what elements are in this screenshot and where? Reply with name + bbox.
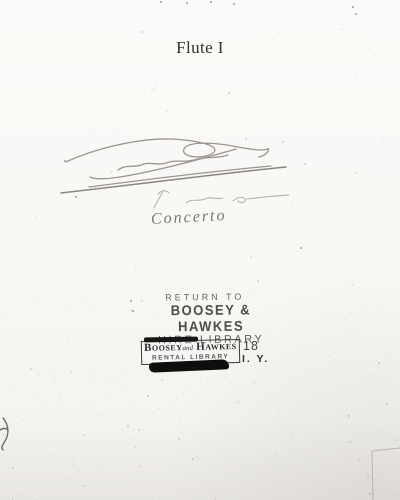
scanned-sheet-music-cover: Flute I Concerto bbox=[0, 0, 400, 500]
scan-grain-layer bbox=[0, 0, 400, 500]
